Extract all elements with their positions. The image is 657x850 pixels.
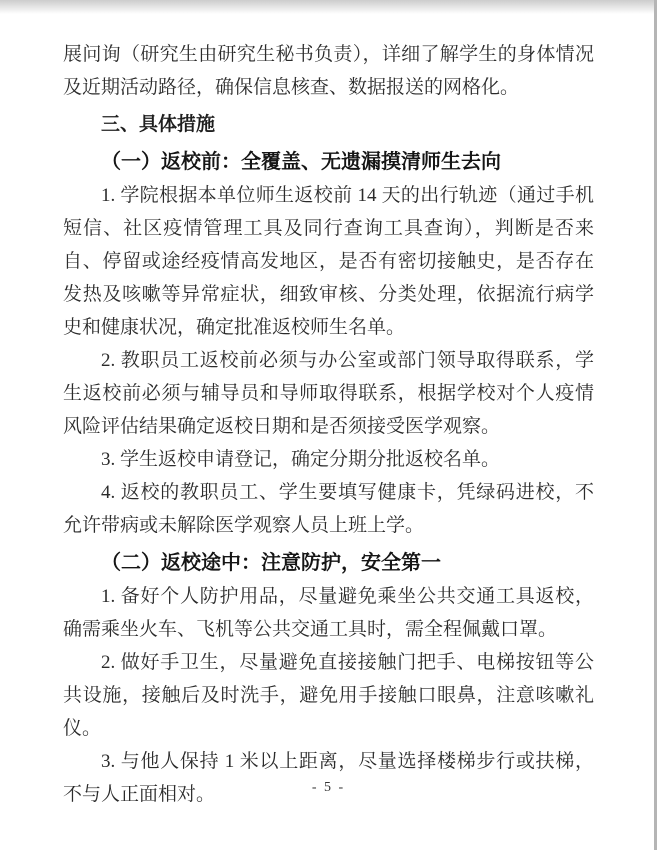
paragraph: 3. 学生返校申请登记，确定分期分批返校名单。: [63, 443, 594, 476]
paragraph: 2. 做好手卫生，尽量避免直接接触门把手、电梯按钮等公共设施，接触后及时洗手，避…: [63, 646, 594, 745]
paragraph: 1. 备好个人防护用品，尽量避免乘坐公共交通工具返校，确需乘坐火车、飞机等公共交…: [63, 580, 594, 646]
paragraph: 2. 教职员工返校前必须与办公室或部门领导取得联系，学生返校前必须与辅导员和导师…: [63, 344, 594, 443]
paragraph: 1. 学院根据本单位师生返校前 14 天的出行轨迹（通过手机短信、社区疫情管理工…: [63, 179, 594, 344]
paragraph: 4. 返校的教职员工、学生要填写健康卡，凭绿码进校，不允许带病或未解除医学观察人…: [63, 476, 594, 542]
document-page: 展问询（研究生由研究生秘书负责），详细了解学生的身体情况及近期活动路径，确保信息…: [0, 0, 657, 850]
subsection-heading: （一）返校前：全覆盖、无遗漏摸清师生去向: [63, 146, 594, 179]
scan-top-edge-artifact: [0, 0, 657, 14]
document-body: 展问询（研究生由研究生秘书负责），详细了解学生的身体情况及近期活动路径，确保信息…: [63, 38, 594, 811]
section-heading: 三、具体措施: [63, 108, 594, 141]
subsection-heading: （二）返校途中：注意防护，安全第一: [63, 547, 594, 580]
paragraph: 3. 与他人保持 1 米以上距离，尽量选择楼梯步行或扶梯，不与人正面相对。: [63, 745, 594, 811]
page-number: - 5 -: [0, 780, 657, 796]
paragraph-continuation: 展问询（研究生由研究生秘书负责），详细了解学生的身体情况及近期活动路径，确保信息…: [63, 38, 594, 104]
